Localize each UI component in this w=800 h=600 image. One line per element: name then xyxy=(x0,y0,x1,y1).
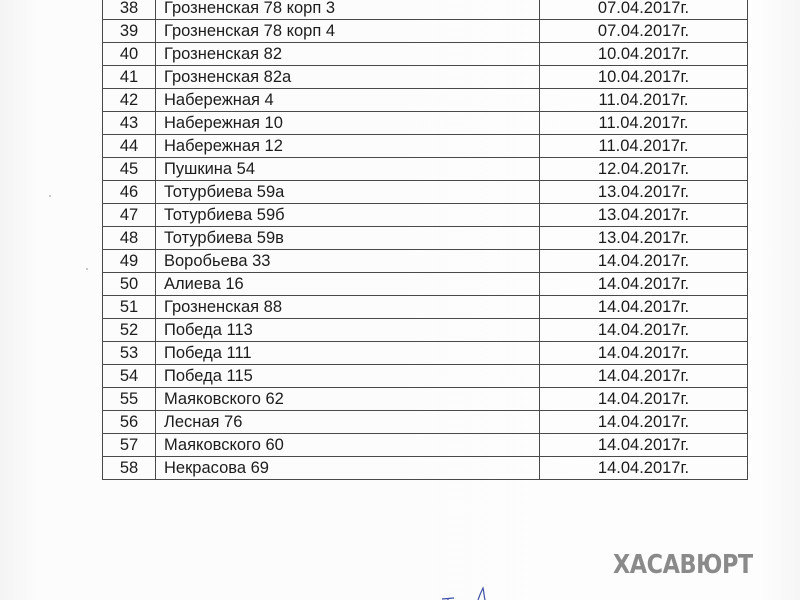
row-address: Набережная 12 xyxy=(156,135,540,158)
table-row: 39Грозненская 78 корп 407.04.2017г. xyxy=(103,20,748,43)
row-number: 56 xyxy=(103,411,156,434)
row-number: 55 xyxy=(103,388,156,411)
table-row: 55Маяковского 6214.04.2017г. xyxy=(103,388,748,411)
row-address: Маяковского 60 xyxy=(156,434,540,457)
row-date: 14.04.2017г. xyxy=(540,296,748,319)
table-row: 48Тотурбиева 59в13.04.2017г. xyxy=(103,227,748,250)
table-row: 38Грозненская 78 корп 307.04.2017г. xyxy=(103,0,748,20)
row-address: Тотурбиева 59б xyxy=(156,204,540,227)
row-number: 40 xyxy=(103,43,156,66)
row-address: Грозненская 82 xyxy=(156,43,540,66)
row-number: 42 xyxy=(103,89,156,112)
row-date: 13.04.2017г. xyxy=(540,227,748,250)
scan-speck xyxy=(86,268,88,270)
row-date: 07.04.2017г. xyxy=(540,20,748,43)
row-number: 50 xyxy=(103,273,156,296)
row-date: 11.04.2017г. xyxy=(540,89,748,112)
row-date: 14.04.2017г. xyxy=(540,411,748,434)
table-row: 54Победа 11514.04.2017г. xyxy=(103,365,748,388)
table-row: 46Тотурбиева 59а13.04.2017г. xyxy=(103,181,748,204)
row-date: 13.04.2017г. xyxy=(540,204,748,227)
row-address: Победа 113 xyxy=(156,319,540,342)
row-address: Лесная 76 xyxy=(156,411,540,434)
table-row: 42Набережная 411.04.2017г. xyxy=(103,89,748,112)
row-address: Пушкина 54 xyxy=(156,158,540,181)
row-number: 38 xyxy=(103,0,156,20)
row-date: 14.04.2017г. xyxy=(540,273,748,296)
row-date: 14.04.2017г. xyxy=(540,365,748,388)
table-row: 43Набережная 1011.04.2017г. xyxy=(103,112,748,135)
row-number: 57 xyxy=(103,434,156,457)
row-address: Тотурбиева 59в xyxy=(156,227,540,250)
row-number: 44 xyxy=(103,135,156,158)
row-number: 52 xyxy=(103,319,156,342)
row-address: Победа 111 xyxy=(156,342,540,365)
row-number: 39 xyxy=(103,20,156,43)
row-number: 53 xyxy=(103,342,156,365)
row-date: 10.04.2017г. xyxy=(540,43,748,66)
table-row: 52Победа 11314.04.2017г. xyxy=(103,319,748,342)
row-date: 14.04.2017г. xyxy=(540,434,748,457)
row-address: Грозненская 78 корп 4 xyxy=(156,20,540,43)
row-number: 43 xyxy=(103,112,156,135)
table-row: 49Воробьева 3314.04.2017г. xyxy=(103,250,748,273)
table-row: 53Победа 11114.04.2017г. xyxy=(103,342,748,365)
row-date: 07.04.2017г. xyxy=(540,0,748,20)
row-date: 10.04.2017г. xyxy=(540,66,748,89)
table-body: 38Грозненская 78 корп 307.04.2017г.39Гро… xyxy=(103,0,748,480)
row-date: 14.04.2017г. xyxy=(540,388,748,411)
row-date: 14.04.2017г. xyxy=(540,342,748,365)
row-number: 48 xyxy=(103,227,156,250)
row-number: 46 xyxy=(103,181,156,204)
row-number: 49 xyxy=(103,250,156,273)
row-address: Маяковского 62 xyxy=(156,388,540,411)
row-address: Воробьева 33 xyxy=(156,250,540,273)
row-address: Грозненская 78 корп 3 xyxy=(156,0,540,20)
row-number: 47 xyxy=(103,204,156,227)
row-address: Набережная 10 xyxy=(156,112,540,135)
row-date: 14.04.2017г. xyxy=(540,319,748,342)
row-date: 13.04.2017г. xyxy=(540,181,748,204)
table-row: 58Некрасова 6914.04.2017г. xyxy=(103,457,748,480)
table-row: 50Алиева 1614.04.2017г. xyxy=(103,273,748,296)
row-number: 45 xyxy=(103,158,156,181)
row-date: 11.04.2017г. xyxy=(540,112,748,135)
watermark-logo: ХАСАВЮРТ xyxy=(613,550,753,580)
signature-mark xyxy=(440,586,500,600)
scan-speck xyxy=(49,195,51,197)
row-number: 58 xyxy=(103,457,156,480)
row-address: Грозненская 88 xyxy=(156,296,540,319)
table-row: 40Грозненская 8210.04.2017г. xyxy=(103,43,748,66)
table-row: 41Грозненская 82а10.04.2017г. xyxy=(103,66,748,89)
row-address: Победа 115 xyxy=(156,365,540,388)
row-date: 14.04.2017г. xyxy=(540,457,748,480)
row-address: Некрасова 69 xyxy=(156,457,540,480)
table-row: 57Маяковского 6014.04.2017г. xyxy=(103,434,748,457)
table-row: 51Грозненская 8814.04.2017г. xyxy=(103,296,748,319)
row-address: Набережная 4 xyxy=(156,89,540,112)
row-number: 51 xyxy=(103,296,156,319)
table-row: 45Пушкина 5412.04.2017г. xyxy=(103,158,748,181)
row-date: 12.04.2017г. xyxy=(540,158,748,181)
scanned-page: 38Грозненская 78 корп 307.04.2017г.39Гро… xyxy=(0,0,800,600)
row-address: Тотурбиева 59а xyxy=(156,181,540,204)
table-row: 47Тотурбиева 59б13.04.2017г. xyxy=(103,204,748,227)
table-row: 56Лесная 7614.04.2017г. xyxy=(103,411,748,434)
row-number: 54 xyxy=(103,365,156,388)
row-address: Грозненская 82а xyxy=(156,66,540,89)
address-schedule-table: 38Грозненская 78 корп 307.04.2017г.39Гро… xyxy=(102,0,748,480)
row-date: 11.04.2017г. xyxy=(540,135,748,158)
row-date: 14.04.2017г. xyxy=(540,250,748,273)
row-address: Алиева 16 xyxy=(156,273,540,296)
row-number: 41 xyxy=(103,66,156,89)
table-row: 44Набережная 1211.04.2017г. xyxy=(103,135,748,158)
